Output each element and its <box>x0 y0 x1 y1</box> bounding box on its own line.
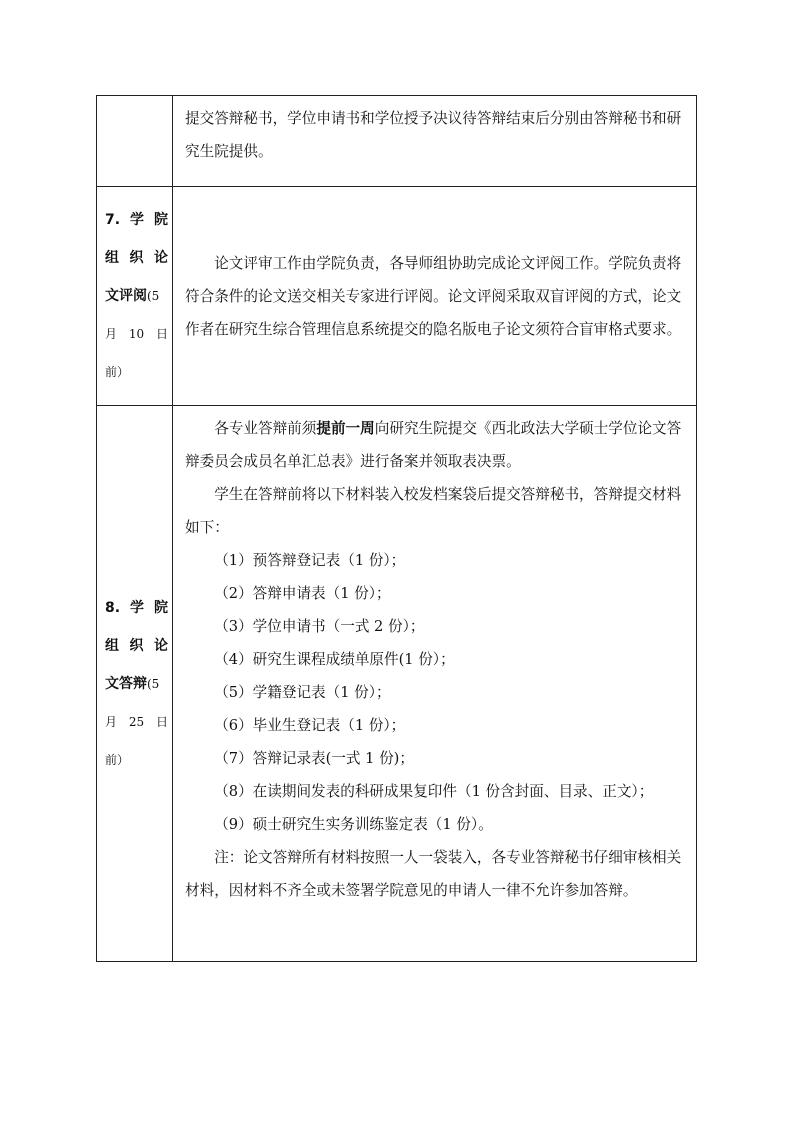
process-table: 提交答辩秘书，学位申请书和学位授予决议待答辩结束后分别由答辩秘书和研究生院提供。… <box>96 95 697 962</box>
step-label-defense: 8. 学 院 组 织 论 文答辩(5 月 25 日 前） <box>105 589 168 779</box>
step-label-review: 7. 学 院 组 织 论 文评阅(5 月 10 日 前） <box>105 201 168 391</box>
row-label-cell: 7. 学 院 组 织 论 文评阅(5 月 10 日 前） <box>97 187 173 405</box>
table-row-review: 7. 学 院 组 织 论 文评阅(5 月 10 日 前） <box>97 186 696 405</box>
label-word: 论 <box>154 627 168 665</box>
label-line: 前） <box>105 353 168 391</box>
material-item: （5）学籍登记表（1 份）； <box>185 676 690 709</box>
material-item: （1）预答辩登记表（1 份）； <box>185 544 690 577</box>
label-line: 组 织 论 <box>105 239 168 277</box>
label-line: 文评阅(5 <box>105 277 168 315</box>
label-word: 月 <box>105 703 117 741</box>
intro-emphasis: 提前一周 <box>316 420 374 437</box>
defense-intro-paragraph: 各专业答辩前须提前一周向研究生院提交《西北政法大学硕士学位论文答辩委员会成员名单… <box>185 412 690 478</box>
label-bold-word: 文答辩 <box>105 676 147 692</box>
row-content-cell: 各专业答辩前须提前一周向研究生院提交《西北政法大学硕士学位论文答辩委员会成员名单… <box>173 406 696 961</box>
label-word: 织 <box>130 627 144 665</box>
material-item: （2）答辩申请表（1 份）； <box>185 577 690 610</box>
label-line: 组 织 论 <box>105 627 168 665</box>
label-word: 月 <box>105 315 117 353</box>
intro-text: 各专业答辩前须 <box>214 420 316 437</box>
label-word: 日 <box>156 703 168 741</box>
label-word: 8. <box>105 589 120 627</box>
label-word: 7. <box>105 201 120 239</box>
label-date-part: (5 <box>147 677 159 691</box>
table-row-continuation: 提交答辩秘书，学位申请书和学位授予决议待答辩结束后分别由答辩秘书和研究生院提供。 <box>97 96 696 186</box>
row-content-cell: 论文评审工作由学院负责，各导师组协助完成论文评阅工作。学院负责将符合条件的论文送… <box>173 187 696 405</box>
note-paragraph: 注：论文答辩所有材料按照一人一袋装入，各专业答辩秘书仔细审核相关材料，因材料不齐… <box>185 841 690 907</box>
label-word: 学 <box>130 201 144 239</box>
row-label-cell-empty <box>97 96 173 186</box>
label-word: 日 <box>156 315 168 353</box>
label-word: 论 <box>154 239 168 277</box>
label-date-part: (5 <box>147 289 159 303</box>
label-word: 组 <box>105 239 119 277</box>
material-item: （3）学位申请书（一式 2 份）； <box>185 610 690 643</box>
label-line: 文答辩(5 <box>105 665 168 703</box>
label-line: 月 25 日 <box>105 703 168 741</box>
material-item: （6）毕业生登记表（1 份）； <box>185 709 690 742</box>
table-row-defense: 8. 学 院 组 织 论 文答辩(5 月 25 日 前） <box>97 405 696 961</box>
label-word: 组 <box>105 627 119 665</box>
label-word: 织 <box>130 239 144 277</box>
materials-intro-paragraph: 学生在答辩前将以下材料装入校发档案袋后提交答辩秘书，答辩提交材料如下： <box>185 478 690 544</box>
label-line: 前） <box>105 741 168 779</box>
material-item: （7）答辩记录表(一式 1 份)； <box>185 742 690 775</box>
label-line: 月 10 日 <box>105 315 168 353</box>
label-word: 院 <box>154 589 168 627</box>
label-word: 院 <box>154 201 168 239</box>
material-item: （4）研究生课程成绩单原件(1 份）； <box>185 643 690 676</box>
label-word: 学 <box>130 589 144 627</box>
row-content-cell: 提交答辩秘书，学位申请书和学位授予决议待答辩结束后分别由答辩秘书和研究生院提供。 <box>173 96 696 186</box>
label-line: 7. 学 院 <box>105 201 168 239</box>
label-bold-word: 文评阅 <box>105 288 147 304</box>
material-item: （8）在读期间发表的科研成果复印件（1 份含封面、目录、正文）； <box>185 775 690 808</box>
label-word: 10 <box>129 315 144 353</box>
review-paragraph: 论文评审工作由学院负责，各导师组协助完成论文评阅工作。学院负责将符合条件的论文送… <box>185 247 690 346</box>
label-word: 25 <box>129 703 144 741</box>
row-label-cell: 8. 学 院 组 织 论 文答辩(5 月 25 日 前） <box>97 406 173 961</box>
label-line: 8. 学 院 <box>105 589 168 627</box>
continuation-paragraph: 提交答辩秘书，学位申请书和学位授予决议待答辩结束后分别由答辩秘书和研究生院提供。 <box>185 102 690 168</box>
material-item: （9）硕士研究生实务训练鉴定表（1 份）。 <box>185 808 690 841</box>
